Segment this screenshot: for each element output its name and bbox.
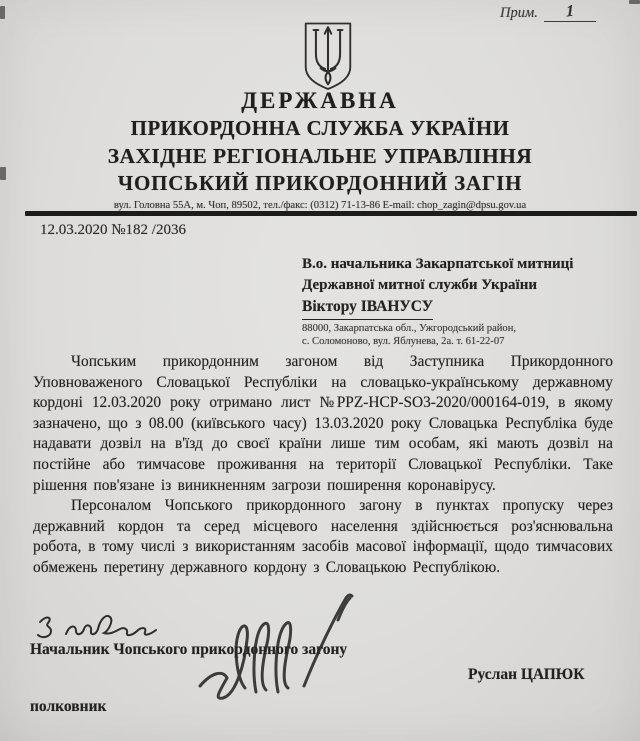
org-name-line-2: ПРИКОРДОННА СЛУЖБА УКРАЇНИ [0,115,640,143]
letter-body: Чопським прикордонним загоном від Заступ… [33,352,613,579]
body-paragraph-1: Чопським прикордонним загоном від Заступ… [33,352,613,496]
copy-note-label: Прим. [500,5,538,22]
ukraine-trident-emblem-icon [302,20,354,92]
recipient-position-line-2: Державної митної служби України [302,275,622,296]
copy-note-underline: 1 [544,3,596,22]
letterhead-divider-rule [25,211,637,216]
scan-artifact [0,6,5,19]
outgoing-reference-line: 12.03.2020 №182 /2036 [40,222,186,239]
body-paragraph-2: Персоналом Чопського прикордонного загон… [33,496,613,578]
recipient-block: В.о. начальника Закарпатської митниці Де… [302,254,622,348]
org-name-line-3: ЗАХІДНЕ РЕГІОНАЛЬНЕ УПРАВЛІННЯ [0,143,640,171]
recipient-position-line-1: В.о. начальника Закарпатської митниці [302,254,622,275]
pen-signature-scrawl [192,586,374,728]
signer-name: Руслан ЦАПЮК [468,666,585,684]
scanned-letter-page: Прим. 1 ДЕРЖАВНА ПРИКОРДОННА СЛУЖБА УКРА… [0,0,640,741]
letterhead: ДЕРЖАВНА ПРИКОРДОННА СЛУЖБА УКРАЇНИ ЗАХІ… [0,87,640,212]
copy-note-handwritten-number: 1 [566,2,574,21]
signer-rank: полковник [30,698,106,716]
recipient-address-line-1: 88000, Закарпатська обл., Ужгородський р… [302,323,622,336]
recipient-address-line-2: с. Соломоново, вул. Яблунева, 2а. т. 61-… [302,336,622,349]
org-name-line-1: ДЕРЖАВНА [0,87,640,115]
scan-artifact [629,0,640,4]
org-contact-line: вул. Головна 55А, м. Чоп, 89502, тел./фа… [0,199,640,212]
org-name-line-4: ЧОПСЬКИЙ ПРИКОРДОННИЙ ЗАГІН [0,170,640,198]
copy-note: Прим. 1 [500,3,596,22]
recipient-name: Віктору ІВАНУСУ [302,296,433,320]
